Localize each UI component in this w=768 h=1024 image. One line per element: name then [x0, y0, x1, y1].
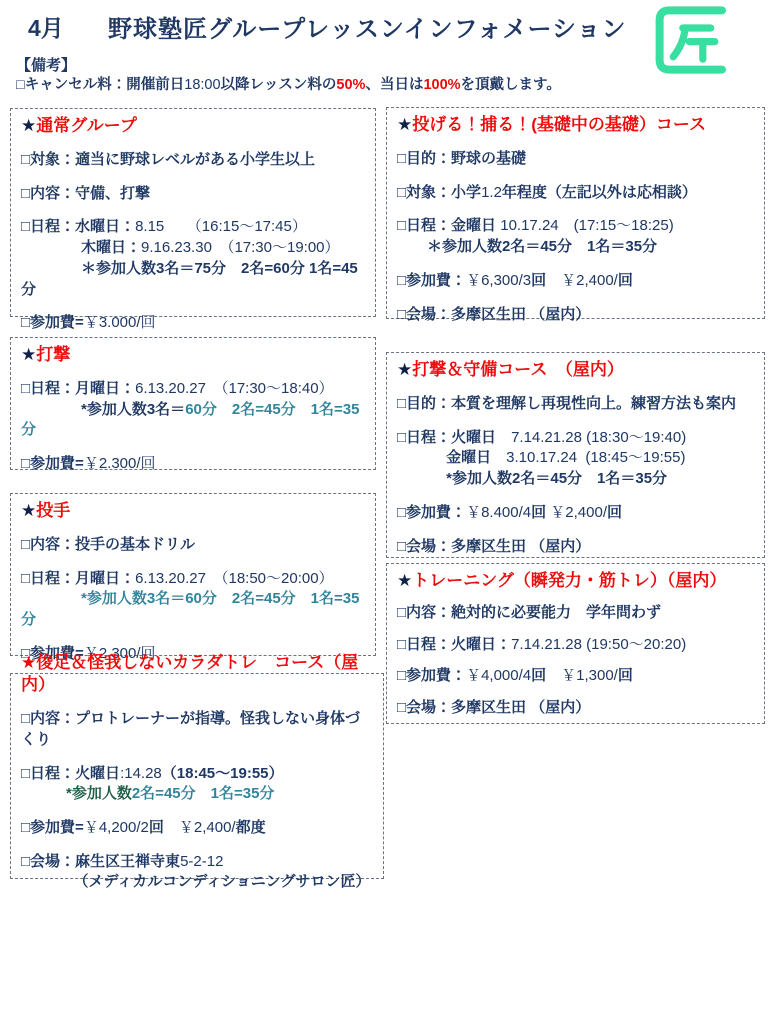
text-span: :14.28 [120, 765, 162, 782]
course-line: □日程：月曜日：6.13.20.27 （18:50～20:00） [21, 569, 365, 590]
course-line: *参加人数3名＝60分 2名=45分 1名=35分 [21, 400, 365, 441]
course-line: □対象：小学1.2年程度（左記以外は応相談） [397, 183, 754, 204]
text-span: 5-2-12 [180, 853, 223, 870]
text-span: ￥3.000/回 [84, 314, 156, 331]
course-title-text: 通常グループ [36, 116, 137, 135]
course-box-throw-catch: ★投げる！捕る！(基礎中の基礎）コース □目的：野球の基礎□対象：小学1.2年程… [386, 107, 765, 319]
course-title: ★通常グループ [21, 115, 365, 137]
course-line: □内容：絶対的に必要能力 学年問わず [397, 603, 754, 624]
text-span: （17:30～18:40） [221, 380, 334, 397]
text-span: 50% [336, 77, 365, 93]
text-span: 以降レッスン料の [221, 77, 337, 93]
cancellation-policy-line: □キャンセル料：開催前日18:00以降レッスン料の50%、当日は100%を頂戴し… [16, 73, 561, 94]
text-span: ￥2,400/ [546, 272, 618, 289]
text-span: 都度 [236, 819, 266, 836]
text-span: 6.13.20.27 [135, 570, 206, 587]
course-line: □会場：多摩区生田 （屋内） [397, 698, 754, 719]
text-span: ＊参加人数2名＝45分 1名＝35分 [397, 238, 657, 255]
text-span: 回 [149, 819, 164, 836]
text-span: 7.14.21.28 (18:30～19:40) [511, 429, 686, 446]
course-line: *参加人数2名=45分 1名=35分 [21, 784, 373, 805]
course-line: □会場：多摩区生田 （屋内） [397, 537, 754, 558]
course-line: □目的：野球の基礎 [397, 149, 754, 170]
text-span: 回 [531, 504, 546, 521]
text-span: □参加費： [397, 272, 466, 289]
course-line: 金曜日 3.10.17.24 (18:45～19:55) [397, 448, 754, 469]
text-span: □日程：月曜日： [21, 570, 135, 587]
course-title-text: 俊足＆怪我しないカラダトレ コース（屋内） [21, 653, 358, 694]
course-title-text: 打撃 [36, 345, 70, 364]
text-span: □対象：適当に野球レベルがある小学生以上 [21, 151, 315, 168]
text-span: 木曜日： [21, 239, 141, 256]
text-span: ￥2,400/ [164, 819, 236, 836]
text-span: 10.17.24 (17:15～18:25) [500, 217, 673, 234]
text-span: 回 [618, 667, 633, 684]
course-body: □日程：月曜日：6.13.20.27 （17:30～18:40） *参加人数3名… [21, 379, 365, 475]
text-span: 年程度（左記以外は応相談） [502, 184, 697, 201]
notes-heading: 【備考】 [16, 54, 76, 75]
text-span: （16:15～17:45） [194, 218, 307, 235]
star-icon: ★ [21, 116, 36, 135]
course-title: ★投手 [21, 500, 365, 522]
star-icon: ★ [397, 115, 412, 134]
star-icon: ★ [21, 501, 36, 520]
course-line: □参加費=￥4,200/2回 ￥2,400/都度 [21, 818, 373, 839]
text-span: □会場：多摩区生田 （屋内） [397, 538, 590, 555]
course-line: □日程：月曜日：6.13.20.27 （17:30～18:40） [21, 379, 365, 400]
course-box-normal-group: ★通常グループ □対象：適当に野球レベルがある小学生以上□内容：守備、打撃□日程… [10, 108, 376, 317]
text-span: □内容：投手の基本ドリル [21, 536, 195, 553]
text-span: 9.16.23.30 [141, 239, 212, 256]
text-span: □参加費： [397, 504, 466, 521]
course-line: □日程：金曜日 10.17.24 (17:15～18:25) [397, 216, 754, 237]
course-body: □内容：投手の基本ドリル□日程：月曜日：6.13.20.27 （18:50～20… [21, 535, 365, 664]
text-span: ￥1,300/ [546, 667, 618, 684]
text-span: □日程：火曜日 [21, 765, 120, 782]
text-span [212, 239, 227, 256]
course-line: □参加費=￥2.300/回 [21, 454, 365, 475]
course-title: ★投げる！捕る！(基礎中の基礎）コース [397, 114, 754, 136]
text-span: □会場：麻生区王禅寺東 [21, 853, 180, 870]
course-line: □会場：麻生区王禅寺東5-2-12 [21, 852, 373, 873]
text-span: □日程：月曜日： [21, 380, 135, 397]
text-span: 回 [607, 504, 622, 521]
text-span [206, 570, 221, 587]
text-span [21, 590, 81, 607]
course-title: ★打撃＆守備コース （屋内） [397, 359, 754, 381]
text-span: ￥6,300/3 [466, 272, 531, 289]
takumi-kanji-logo [650, 2, 730, 78]
text-span: □目的：野球の基礎 [397, 150, 526, 167]
text-span: □対象：小学 [397, 184, 481, 201]
course-body: □目的：野球の基礎□対象：小学1.2年程度（左記以外は応相談）□日程：金曜日 1… [397, 149, 754, 325]
course-title: ★トレーニング（瞬発力・筋トレ）（屋内） [397, 570, 754, 592]
course-body: □目的：本質を理解し再現性向上。練習方法も案内□日程：火曜日 7.14.21.2… [397, 394, 754, 557]
page-title: 野球塾匠グループレッスンインフォメーション [108, 9, 627, 44]
text-span: *参加人数2名＝45分 1名＝35分 [397, 470, 667, 487]
star-icon: ★ [21, 345, 36, 364]
course-line: □内容：守備、打撃 [21, 184, 365, 205]
course-line: □参加費：￥8.400/4回 ￥2,400/回 [397, 503, 754, 524]
text-span: □参加費= [21, 314, 84, 331]
text-span: ￥8.400/4 [466, 504, 531, 521]
text-span: □内容：守備、打撃 [21, 185, 150, 202]
course-title-text: 投げる！捕る！(基礎中の基礎）コース [412, 115, 706, 134]
text-span: （18:50～20:00） [221, 570, 334, 587]
text-span: 金曜日 [397, 449, 506, 466]
course-line: □内容：プロトレーナーが指導。怪我しない身体づくり [21, 709, 373, 750]
text-span: 8.15 [135, 218, 164, 235]
star-icon: ★ [21, 653, 36, 672]
course-box-speed-body: ★俊足＆怪我しないカラダトレ コース（屋内） □内容：プロトレーナーが指導。怪我… [10, 673, 384, 879]
course-line: □内容：投手の基本ドリル [21, 535, 365, 556]
course-title: ★俊足＆怪我しないカラダトレ コース（屋内） [21, 652, 373, 696]
text-span: □日程：水曜日： [21, 218, 135, 235]
course-line: □日程：火曜日 7.14.21.28 (18:30～19:40) [397, 428, 754, 449]
course-line: □参加費=￥3.000/回 [21, 313, 365, 334]
text-span: *参加人数3名＝ [21, 401, 185, 418]
text-span: □会場：多摩区生田 （屋内） [397, 699, 590, 716]
course-line: *参加人数3名＝60分 2名=45分 1名=35分 [21, 589, 365, 630]
text-span: を頂戴します。 [461, 77, 561, 93]
course-line: ＊参加人数2名＝45分 1名＝35分 [397, 237, 754, 258]
text-span: □キャンセル料：開催前日 [16, 77, 184, 93]
text-span: 回 [618, 272, 633, 289]
text-span: 6.13.20.27 [135, 380, 206, 397]
course-line: □日程：水曜日：8.15 （16:15～17:45） [21, 217, 365, 238]
text-span: 18:00 [184, 77, 220, 93]
text-span: ＊参加人数3名＝75分 2名=60分 1名=45分 [21, 260, 358, 298]
star-icon: ★ [397, 360, 412, 379]
text-span: 2名=45分 1名=35分 [132, 785, 275, 802]
course-title-text: 投手 [36, 501, 70, 520]
course-box-pitcher: ★投手 □内容：投手の基本ドリル□日程：月曜日：6.13.20.27 （18:5… [10, 493, 376, 656]
text-span: 1.2 [481, 184, 502, 201]
text-span: 3.10.17.24 (18:45～19:55) [506, 449, 685, 466]
text-span: □日程：火曜日： [397, 636, 511, 653]
text-span: □目的：本質を理解し再現性向上。練習方法も案内 [397, 395, 736, 412]
text-span: *参加人数 [21, 785, 132, 802]
course-line: ＊参加人数3名＝75分 2名=60分 1名=45分 [21, 259, 365, 300]
text-span [164, 218, 194, 235]
text-span: ￥2,400/ [546, 504, 607, 521]
course-line: *参加人数2名＝45分 1名＝35分 [397, 469, 754, 490]
text-span: □日程：金曜日 [397, 217, 500, 234]
text-span: 100% [423, 77, 460, 93]
course-line: □日程：火曜日：7.14.21.28 (19:50～20:20) [397, 635, 754, 656]
course-body: □対象：適当に野球レベルがある小学生以上□内容：守備、打撃□日程：水曜日：8.1… [21, 150, 365, 334]
course-line: □目的：本質を理解し再現性向上。練習方法も案内 [397, 394, 754, 415]
text-span: □参加費： [397, 667, 466, 684]
course-line: （メディカルコンディショニングサロン匠） [21, 872, 373, 893]
course-box-batting-defense: ★打撃＆守備コース （屋内） □目的：本質を理解し再現性向上。練習方法も案内□日… [386, 352, 765, 558]
text-span: □参加費= [21, 819, 84, 836]
course-line: □会場：多摩区生田 （屋内） [397, 305, 754, 326]
text-span: □日程：火曜日 [397, 429, 511, 446]
course-box-training: ★トレーニング（瞬発力・筋トレ）（屋内） □内容：絶対的に必要能力 学年問わず□… [386, 563, 765, 724]
course-box-batting: ★打撃 □日程：月曜日：6.13.20.27 （17:30～18:40） *参加… [10, 337, 376, 470]
text-span: ￥4,000/4 [466, 667, 531, 684]
text-span: □内容：絶対的に必要能力 学年問わず [397, 604, 661, 621]
course-line: □参加費：￥6,300/3回 ￥2,400/回 [397, 271, 754, 292]
text-span: 回 [531, 667, 546, 684]
course-line: □参加費：￥4,000/4回 ￥1,300/回 [397, 666, 754, 687]
text-span: 回 [531, 272, 546, 289]
text-span: （17:30～19:00） [227, 239, 340, 256]
text-span: □会場：多摩区生田 （屋内） [397, 306, 590, 323]
course-title-text: 打撃＆守備コース （屋内） [412, 360, 624, 379]
text-span: （18:45～19:55） [162, 765, 284, 782]
course-body: □内容：プロトレーナーが指導。怪我しない身体づくり□日程：火曜日:14.28（1… [21, 709, 373, 893]
text-span: □参加費= [21, 455, 84, 472]
course-title-text: トレーニング（瞬発力・筋トレ）（屋内） [412, 571, 726, 590]
text-span: 7.14.21.28 (19:50～20:20) [511, 636, 686, 653]
course-line: □対象：適当に野球レベルがある小学生以上 [21, 150, 365, 171]
text-span: ￥4,200/2 [84, 819, 149, 836]
flyer-page: 4月 野球塾匠グループレッスンインフォメーション 【備考】 □キャンセル料：開催… [0, 0, 768, 1024]
star-icon: ★ [397, 571, 412, 590]
course-title: ★打撃 [21, 344, 365, 366]
course-line: 木曜日：9.16.23.30 （17:30～19:00） [21, 238, 365, 259]
text-span: □内容：プロトレーナーが指導。怪我しない身体づくり [21, 710, 360, 748]
month-label: 4月 [28, 10, 64, 43]
text-span [206, 380, 221, 397]
text-span: ￥2.300/回 [84, 455, 156, 472]
course-line: □日程：火曜日:14.28（18:45～19:55） [21, 764, 373, 785]
text-span: （メディカルコンディショニングサロン匠） [21, 873, 371, 890]
text-span: 、当日は [365, 77, 423, 93]
course-body: □内容：絶対的に必要能力 学年問わず□日程：火曜日：7.14.21.28 (19… [397, 603, 754, 719]
